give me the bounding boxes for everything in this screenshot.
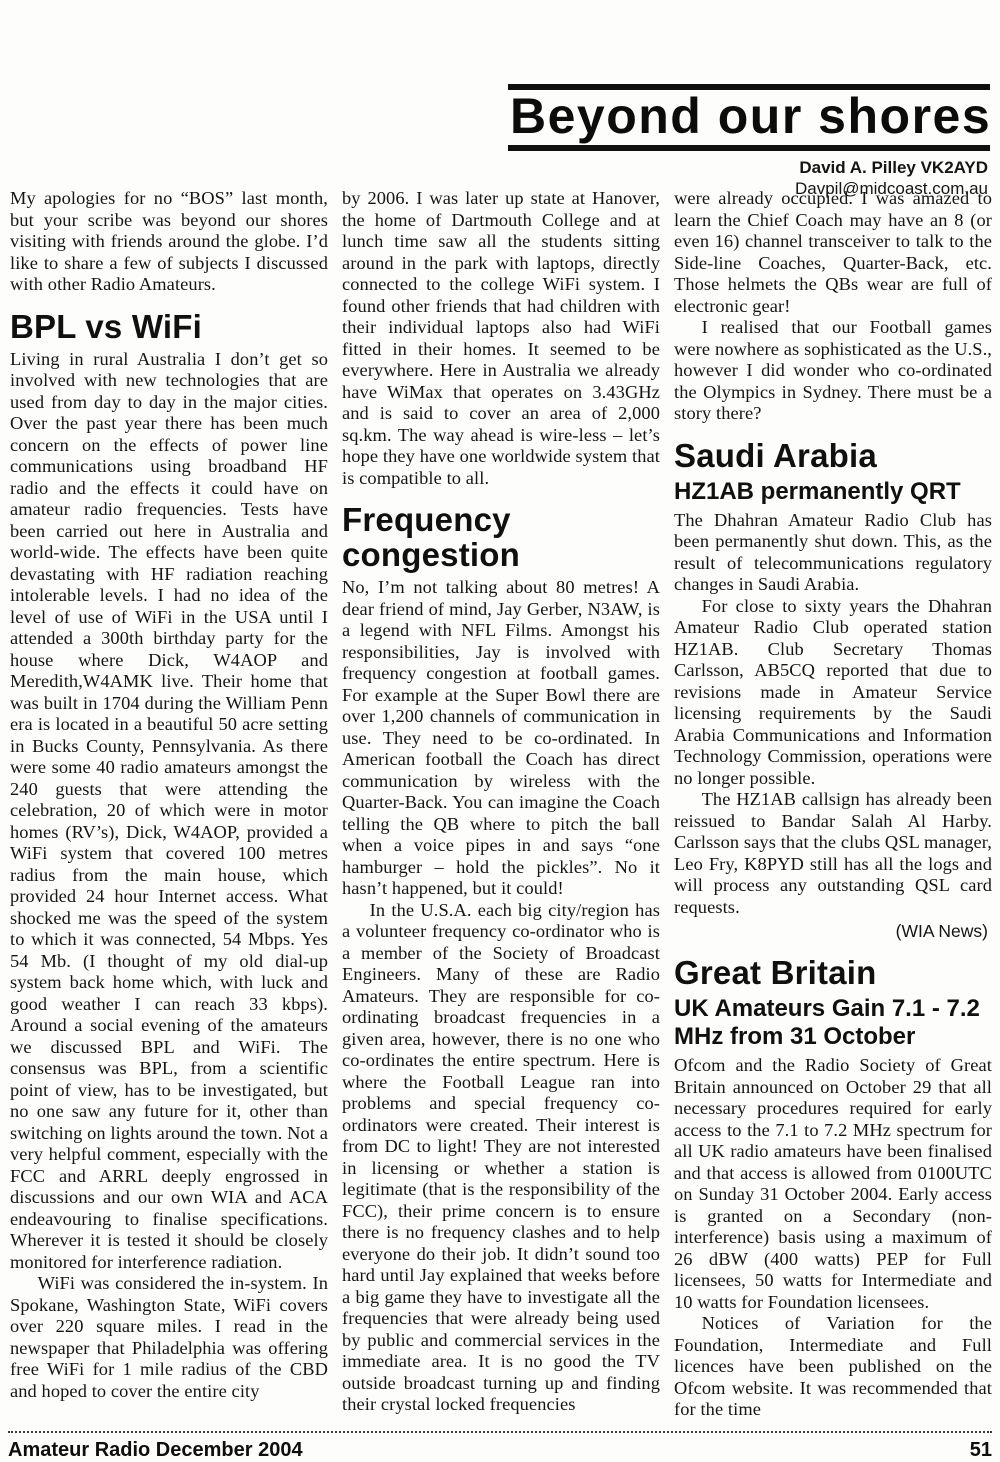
paragraph: The HZ1AB callsign has already been reis… [674, 789, 992, 918]
intro-paragraph: My apologies for no “BOS” last month, bu… [10, 188, 328, 296]
section-heading-great-britain: Great Britain [674, 955, 992, 990]
article-body: My apologies for no “BOS” last month, bu… [10, 188, 992, 1421]
paragraph: For close to sixty years the Dhahran Ama… [674, 596, 992, 790]
paragraph: Ofcom and the Radio Society of Great Bri… [674, 1055, 992, 1313]
section-heading-frequency-congestion: Frequency congestion [342, 502, 660, 572]
magazine-page: Beyond our shores David A. Pilley VK2AYD… [0, 0, 1000, 1462]
paragraph: In the U.S.A. each big city/region has a… [342, 900, 660, 1416]
section-heading-saudi-arabia: Saudi Arabia [674, 438, 992, 473]
paragraph: Notices of Variation for the Foundation,… [674, 1313, 992, 1421]
section-heading-bpl-vs-wifi: BPL vs WiFi [10, 309, 328, 344]
page-footer: Amateur Radio December 2004 51 [8, 1431, 992, 1462]
paragraph: were already occupied. I was amazed to l… [674, 188, 992, 317]
news-credit: (WIA News) [674, 921, 988, 942]
paragraph: The Dhahran Amateur Radio Club has been … [674, 510, 992, 596]
article-masthead: Beyond our shores David A. Pilley VK2AYD… [508, 84, 990, 199]
paragraph: WiFi was considered the in-system. In Sp… [10, 1273, 328, 1402]
paragraph: I realised that our Football games were … [674, 317, 992, 425]
paragraph: by 2006. I was later up state at Hanover… [342, 188, 660, 489]
footer-page-number: 51 [970, 1439, 992, 1462]
paragraph: Living in rural Australia I don’t get so… [10, 349, 328, 1274]
footer-magazine-title: Amateur Radio December 2004 [8, 1439, 303, 1462]
subheading-uk-amateurs-gain: UK Amateurs Gain 7.1 - 7.2 MHz from 31 O… [674, 995, 992, 1051]
subheading-hz1ab-qrt: HZ1AB permanently QRT [674, 478, 992, 506]
column-2: by 2006. I was later up state at Hanover… [342, 188, 660, 1421]
column-3: were already occupied. I was amazed to l… [674, 188, 992, 1421]
byline-author: David A. Pilley VK2AYD [508, 157, 988, 178]
article-title: Beyond our shores [508, 84, 990, 151]
paragraph: No, I’m not talking about 80 metres! A d… [342, 577, 660, 900]
column-1: My apologies for no “BOS” last month, bu… [10, 188, 328, 1421]
